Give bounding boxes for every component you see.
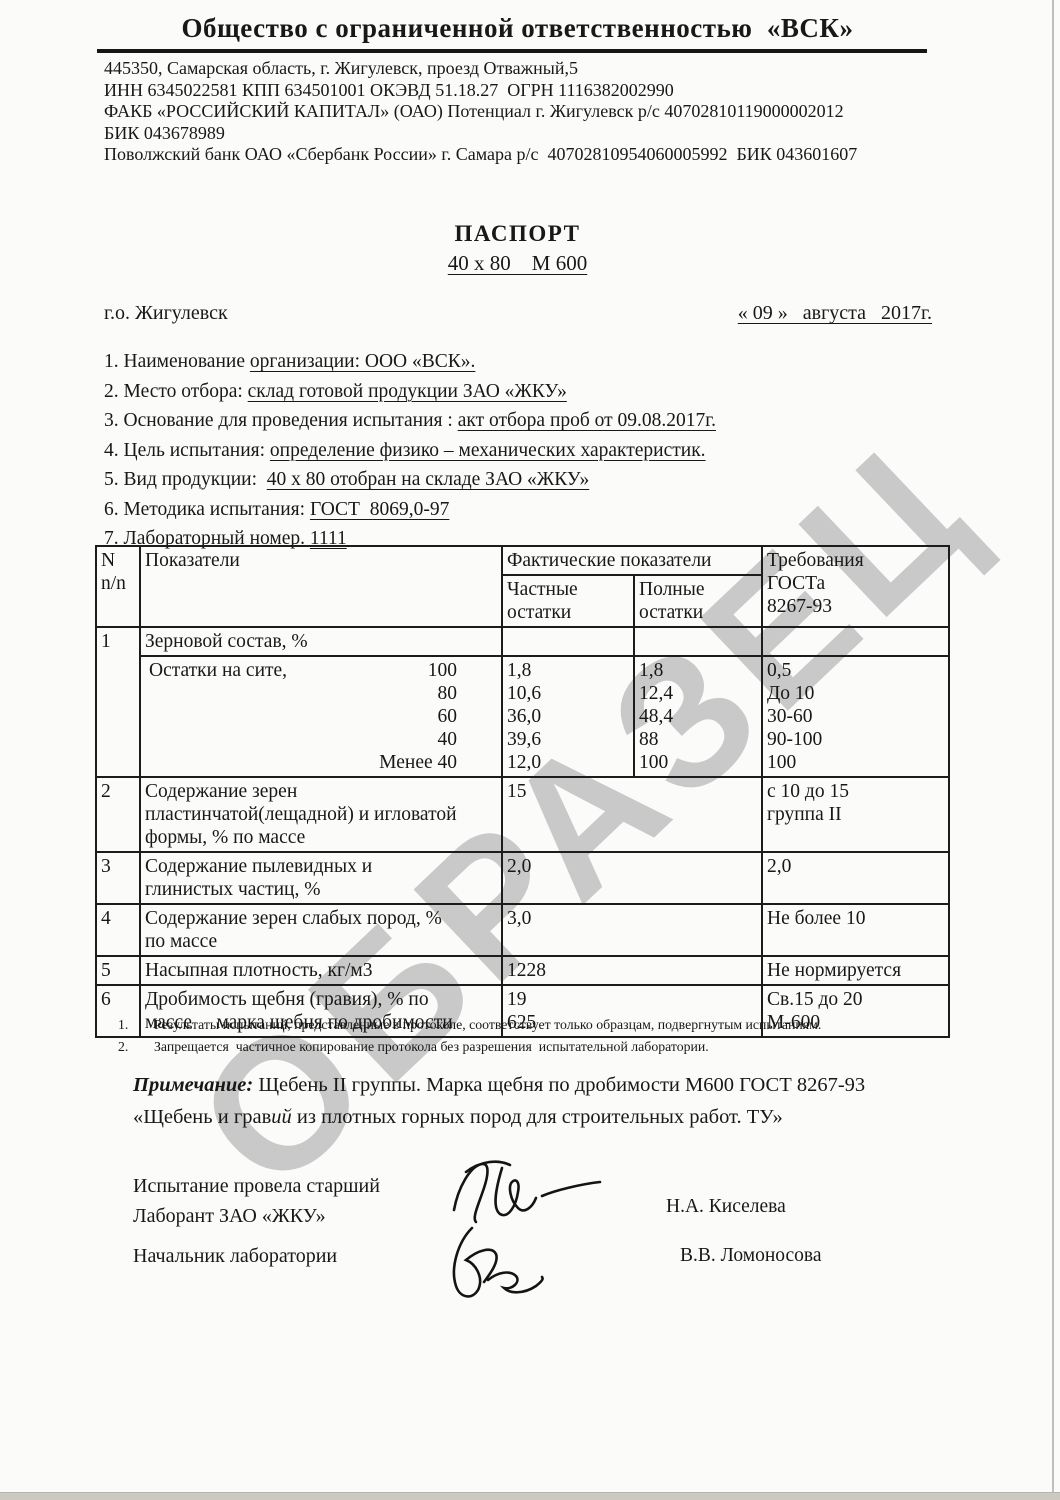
company-title: Общество с ограниченной ответственностью… — [95, 13, 940, 44]
note-paragraph: Примечание: Щебень II группы. Марка щебн… — [133, 1070, 993, 1133]
footnotes: 1. Результаты испытаний, представленные … — [118, 1014, 821, 1058]
signature-kiseleva — [446, 1156, 606, 1230]
address-line: ИНН 6345022581 КПП 634501001 ОКЭВД 51.18… — [104, 80, 857, 102]
signer-name-lomonosova: В.В. Ломоносова — [680, 1245, 822, 1267]
row-gost: с 10 до 15 группа II — [762, 777, 949, 852]
col-header-gost: Требования ГОСТа 8267-93 — [762, 546, 949, 627]
gost-values: 0,5 До 10 30-60 90-100 100 — [762, 656, 949, 777]
detail-line: 6. Методика испытания: ГОСТ 8069,0-97 — [104, 499, 716, 529]
passport-subtitle: 40 х 80 М 600 — [95, 251, 940, 276]
col-header-indicators: Показатели — [140, 546, 502, 627]
row-num: 3 — [96, 852, 140, 904]
row-value: 1228 — [502, 956, 762, 985]
scan-edge-right — [1052, 0, 1054, 1500]
row-value: 2,0 — [502, 852, 762, 904]
results-table: N n/n Показатели Фактические показатели … — [95, 545, 950, 1038]
row-indicator: Содержание пылевидных и глинистых частиц… — [140, 852, 502, 904]
sieve-label: Остатки на сите, — [145, 659, 287, 682]
detail-line: 1. Наименование организации: ООО «ВСК». — [104, 351, 716, 381]
document-content: Общество с ограниченной ответственностью… — [0, 0, 1060, 1500]
detail-line: 5. Вид продукции: 40 х 80 отобран на скл… — [104, 469, 716, 499]
col-header-num: N n/n — [96, 546, 140, 627]
details-list: 1. Наименование организации: ООО «ВСК». … — [104, 351, 716, 558]
col-header-partial: Частные остатки — [502, 575, 634, 627]
row-indicator: Содержание зерен пластинчатой(лещадной) … — [140, 777, 502, 852]
signer-role-lab-head: Начальник лаборатории — [133, 1245, 337, 1268]
city-label: г.о. Жигулевск — [104, 302, 228, 325]
address-line: ФАКБ «РОССИЙСКИЙ КАПИТАЛ» (ОАО) Потенциа… — [104, 101, 857, 123]
note-line: «Щебень и гравий из плотных горных пород… — [133, 1102, 993, 1134]
company-address-block: 445350, Самарская область, г. Жигулевск,… — [104, 58, 857, 166]
row-gost: Не нормируется — [762, 956, 949, 985]
signer-role-lab-assistant: Испытание провела старший Лаборант ЗАО «… — [133, 1171, 380, 1231]
empty-cell — [762, 627, 949, 656]
row-value: 3,0 — [502, 904, 762, 956]
address-line: БИК 043678989 — [104, 123, 857, 145]
col-header-full: Полные остатки — [634, 575, 762, 627]
city-date-row: г.о. Жигулевск « 09 » августа 2017г. — [104, 302, 932, 325]
note-line: Примечание: Щебень II группы. Марка щебн… — [133, 1070, 993, 1102]
partial-values: 1,8 10,6 36,0 39,6 12,0 — [502, 656, 634, 777]
table-row: 5 Насыпная плотность, кг/м3 1228 Не норм… — [96, 956, 949, 985]
row-num: 1 — [96, 627, 140, 777]
detail-line: 3. Основание для проведения испытания : … — [104, 410, 716, 440]
row1-title: Зерновой состав, % — [140, 627, 502, 656]
row-num: 2 — [96, 777, 140, 852]
scan-edge-bottom — [0, 1492, 1060, 1500]
row-value: 15 — [502, 777, 762, 852]
table-row: 2 Содержание зерен пластинчатой(лещадной… — [96, 777, 949, 852]
row-gost: Не более 10 — [762, 904, 949, 956]
sieve-cell: Остатки на сите, 100 80 60 40 Менее 40 — [140, 656, 502, 777]
empty-cell — [634, 627, 762, 656]
table-row: Остатки на сите, 100 80 60 40 Менее 40 1… — [96, 656, 949, 777]
row-indicator: Насыпная плотность, кг/м3 — [140, 956, 502, 985]
full-values: 1,8 12,4 48,4 88 100 — [634, 656, 762, 777]
detail-line: 2. Место отбора: склад готовой продукции… — [104, 381, 716, 411]
row-num: 4 — [96, 904, 140, 956]
date-value: « 09 » августа 2017г. — [738, 302, 932, 325]
document-page: ОБРАЗЕЦ Общество с ограниченной ответств… — [0, 0, 1060, 1500]
footnote: 2. Запрещается частичное копирование про… — [118, 1036, 821, 1058]
table-row: 4 Содержание зерен слабых пород, % по ма… — [96, 904, 949, 956]
table-row: 1 Зерновой состав, % — [96, 627, 949, 656]
signer-name-kiseleva: Н.А. Киселева — [666, 1196, 786, 1218]
row-gost: 2,0 — [762, 852, 949, 904]
signature-lomonosova — [438, 1220, 550, 1306]
detail-line: 4. Цель испытания: определение физико – … — [104, 440, 716, 470]
title-rule — [97, 49, 927, 53]
row-num: 5 — [96, 956, 140, 985]
table-row: 3 Содержание пылевидных и глинистых част… — [96, 852, 949, 904]
address-line: Поволжский банк ОАО «Сбербанк России» г.… — [104, 144, 857, 166]
sieve-sizes: 100 80 60 40 Менее 40 — [287, 659, 497, 774]
col-header-actual: Фактические показатели — [502, 546, 762, 575]
footnote: 1. Результаты испытаний, представленные … — [118, 1014, 821, 1036]
row-indicator: Содержание зерен слабых пород, % по масс… — [140, 904, 502, 956]
address-line: 445350, Самарская область, г. Жигулевск,… — [104, 58, 857, 80]
passport-title: ПАСПОРТ — [95, 221, 940, 247]
empty-cell — [502, 627, 634, 656]
